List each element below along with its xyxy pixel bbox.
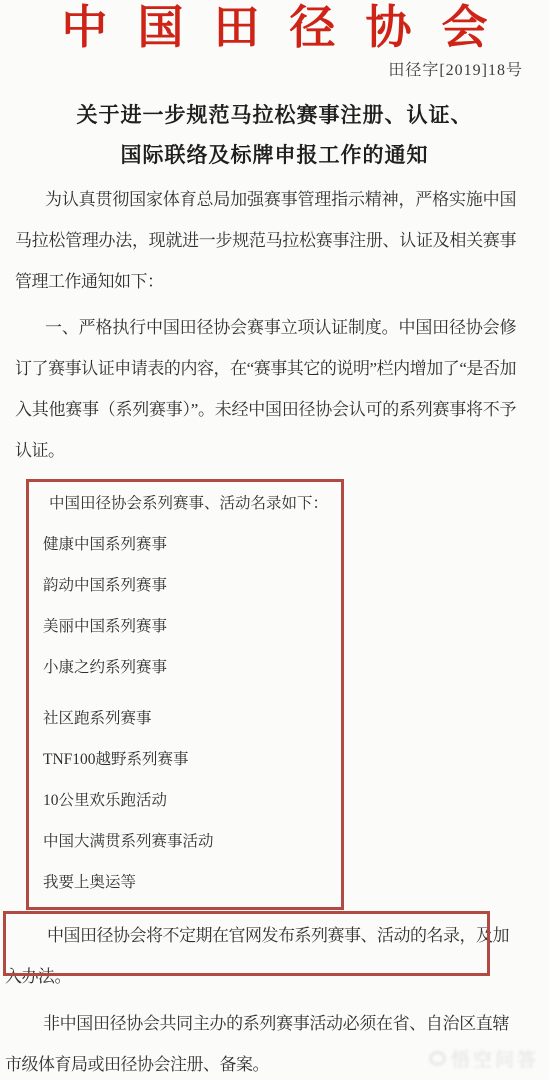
series-list-intro: 中国田径协会系列赛事、活动名录如下： <box>43 483 337 524</box>
series-list-item: 中国大满贯系列赛事活动 <box>43 821 337 862</box>
subject-line-2: 国际联络及标牌申报工作的通知 <box>0 135 549 175</box>
notice-document: 中国田径协会 田径字[2019]18号 关于进一步规范马拉松赛事注册、认证、 国… <box>0 0 549 1080</box>
publish-note-paragraph: 中国田径协会将不定期在官网发布系列赛事、活动的名录，及加入办法。 <box>5 915 509 997</box>
subject-line-1: 关于进一步规范马拉松赛事注册、认证、 <box>0 95 549 135</box>
document-number: 田径字[2019]18号 <box>0 59 549 83</box>
letterhead-title: 中国田径协会 <box>0 0 549 55</box>
watermark-logo-icon <box>429 1051 446 1066</box>
series-list-item: TNF100越野系列赛事 <box>43 739 337 780</box>
series-list-item: 社区跑系列赛事 <box>43 698 337 739</box>
series-list-item: 10公里欢乐跑活动 <box>43 780 337 821</box>
subject-heading: 关于进一步规范马拉松赛事注册、认证、 国际联络及标牌申报工作的通知 <box>0 95 549 175</box>
series-list-item: 韵动中国系列赛事 <box>43 565 337 606</box>
watermark-text: 悟空问答 <box>451 1045 539 1072</box>
series-list-item: 美丽中国系列赛事 <box>43 606 337 647</box>
letterhead-text: 中国田径协会 <box>62 2 518 53</box>
series-list-item: 健康中国系列赛事 <box>43 524 337 565</box>
series-list-item: 我要上奥运等 <box>43 862 337 903</box>
series-list-item: 小康之约系列赛事 <box>43 647 337 688</box>
item-one-paragraph: 一、严格执行中国田径协会赛事立项认证制度。中国田径协会修订了赛事认证申请表的内容… <box>15 307 516 471</box>
series-list-box: 中国田径协会系列赛事、活动名录如下： 健康中国系列赛事 韵动中国系列赛事 美丽中… <box>26 479 344 910</box>
watermark: 悟空问答 <box>429 1045 539 1072</box>
intro-paragraph: 为认真贯彻国家体育总局加强赛事管理指示精神，严格实施中国马拉松管理办法，现就进一… <box>15 179 516 302</box>
